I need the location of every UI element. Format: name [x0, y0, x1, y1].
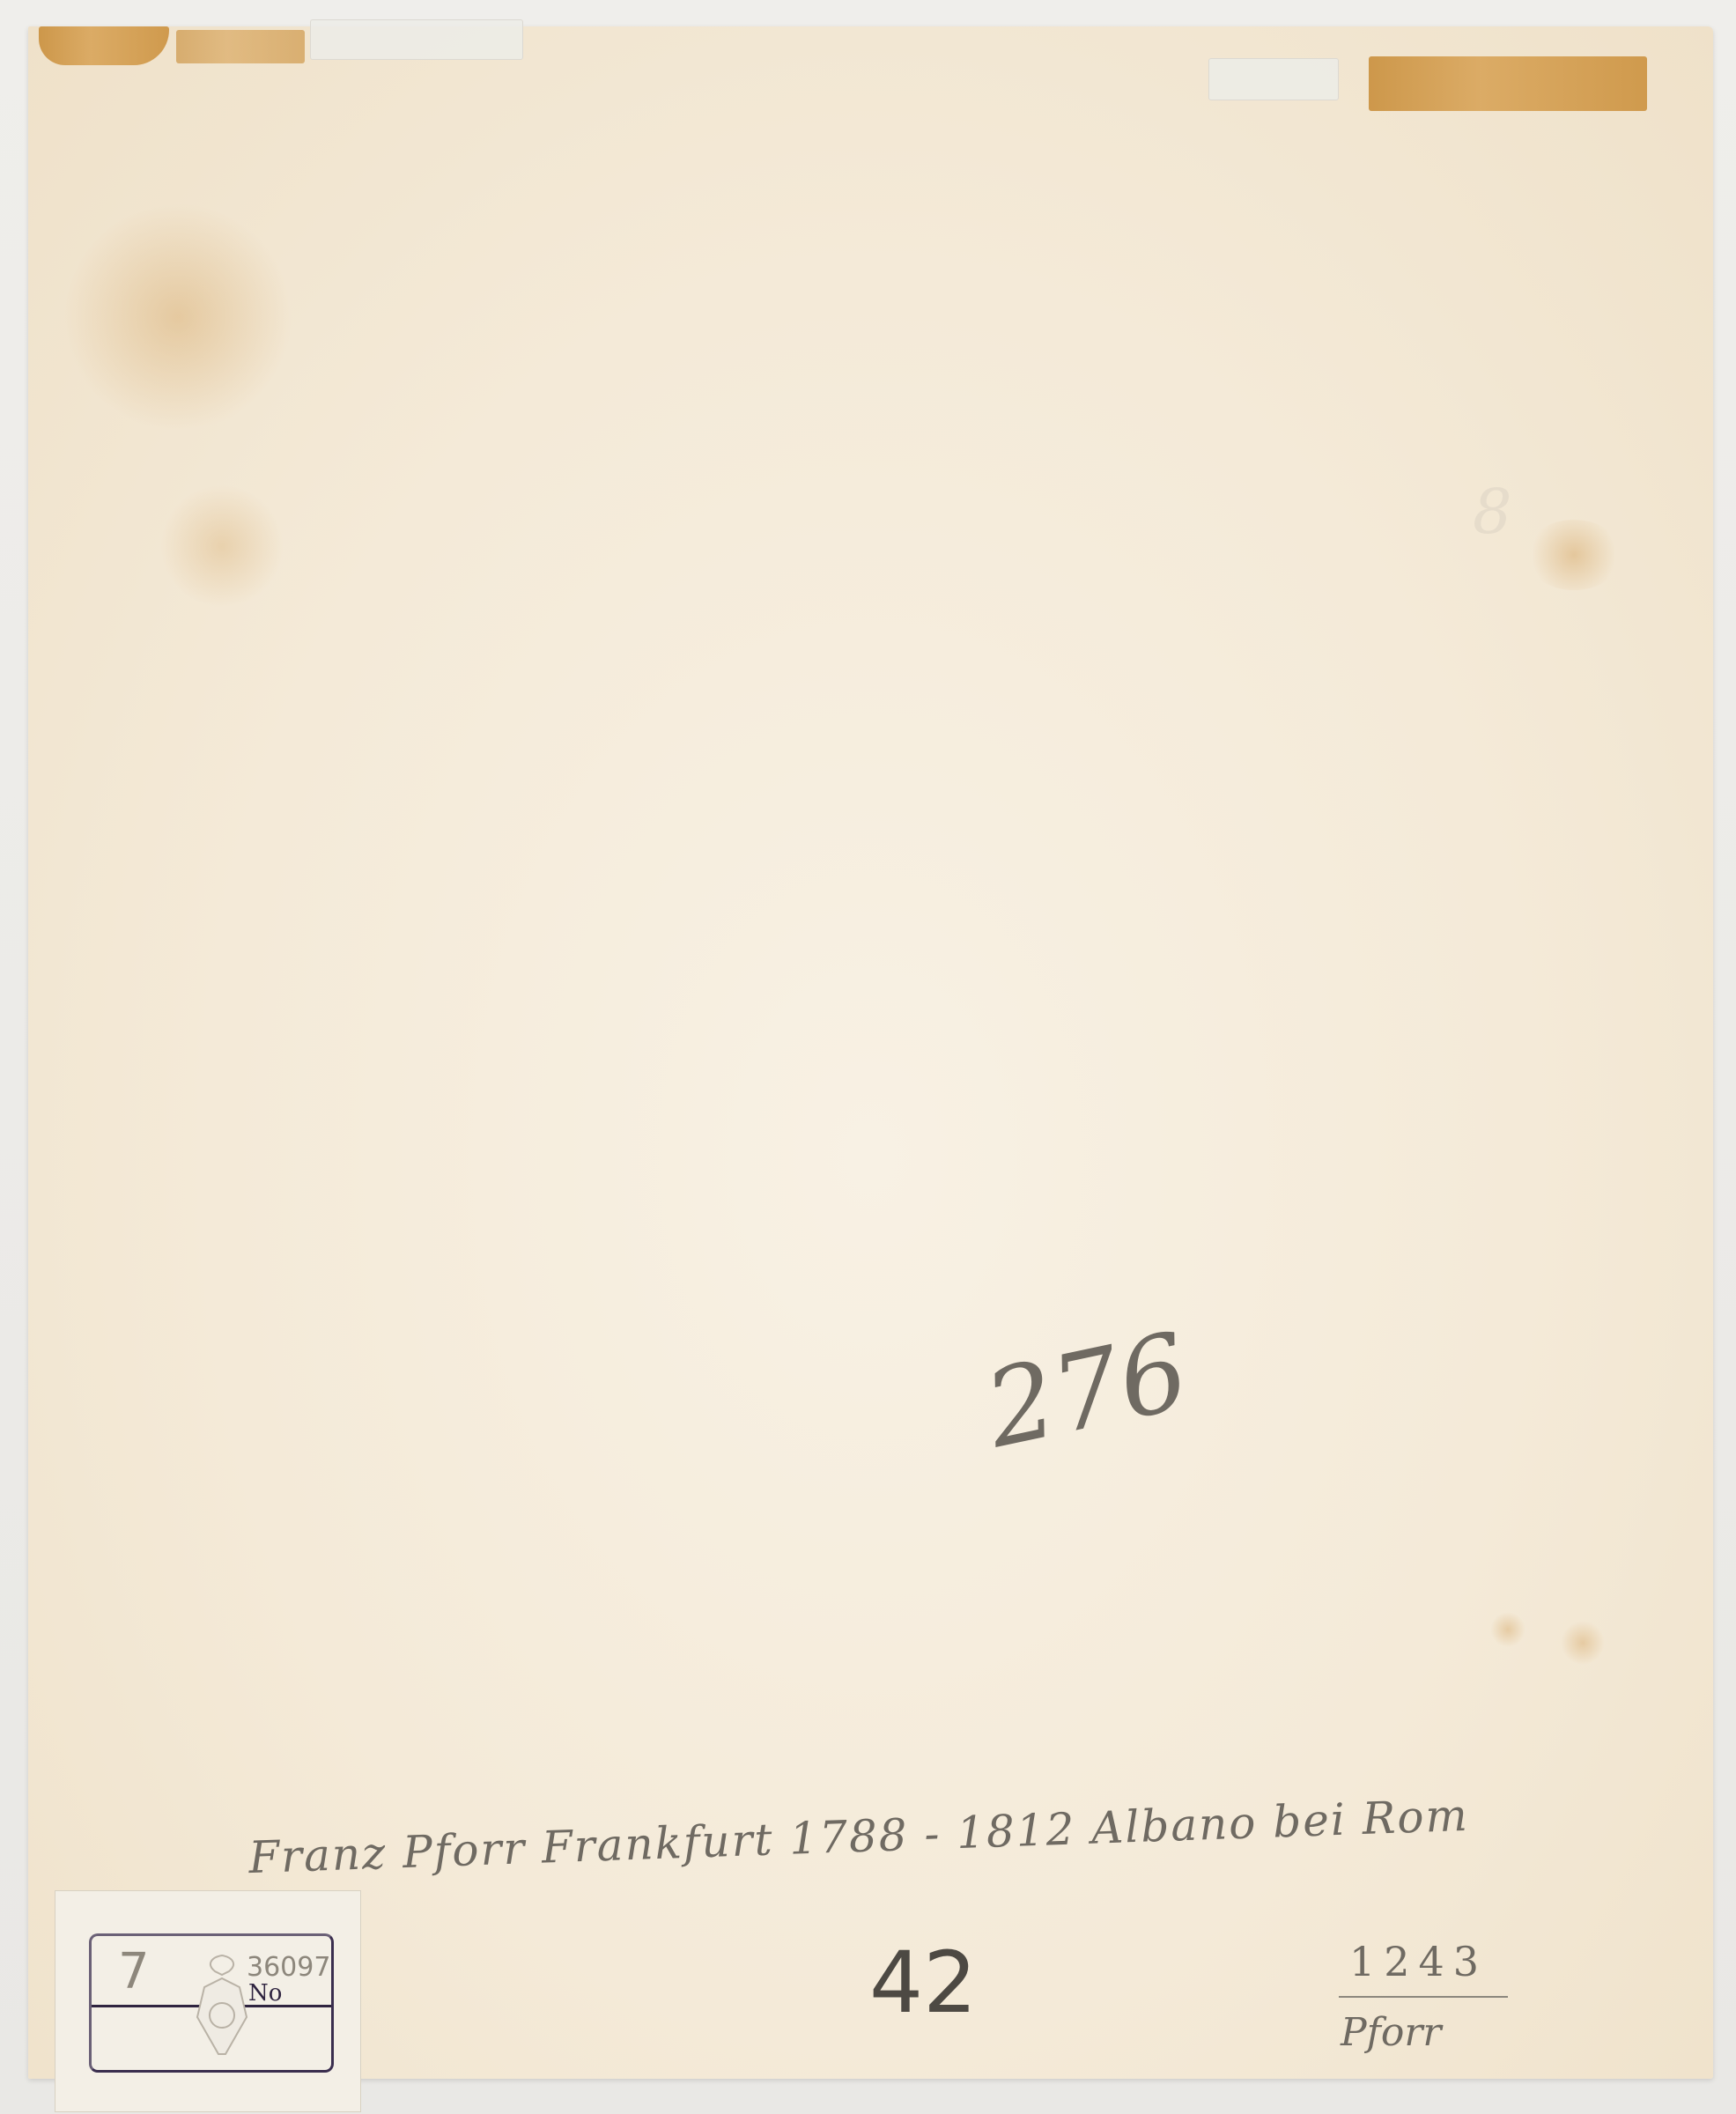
stamp-left-number: 7 [118, 1943, 150, 2000]
tape-top-left-clear [310, 19, 523, 60]
inventory-number-276: 276 [976, 1311, 1199, 1473]
foxing-stain [1525, 520, 1622, 590]
paper-sheet: 8 276 Franz Pforr Frankfurt 1788 - 1812 … [28, 26, 1713, 2079]
foxing-stain [1561, 1621, 1605, 1665]
coat-of-arms-icon [196, 1952, 248, 2058]
tape-top-right [1369, 56, 1647, 111]
fraction-line [1339, 1996, 1508, 1998]
foxing-stain [1490, 1612, 1525, 1647]
stamp-no-label: No [248, 1980, 282, 2007]
collector-stamp: 7 36097 No [89, 1933, 334, 2073]
stamp-right-number: 36097 [247, 1952, 330, 1983]
tape-top-left-2 [176, 30, 305, 63]
number-1243: 1243 [1349, 1938, 1488, 1985]
artist-inscription: Franz Pforr Frankfurt 1788 - 1812 Albano… [247, 1790, 1469, 1883]
collector-stamp-label: 7 36097 No [55, 1890, 361, 2112]
foxing-stain [63, 203, 292, 432]
foxing-stain [160, 484, 284, 608]
mark-right: 8 [1473, 476, 1512, 548]
tape-top-right-clear [1208, 58, 1339, 100]
name-pforr: Pforr [1341, 2010, 1441, 2055]
tape-top-left [39, 26, 169, 65]
number-42: 42 [869, 1933, 977, 2032]
